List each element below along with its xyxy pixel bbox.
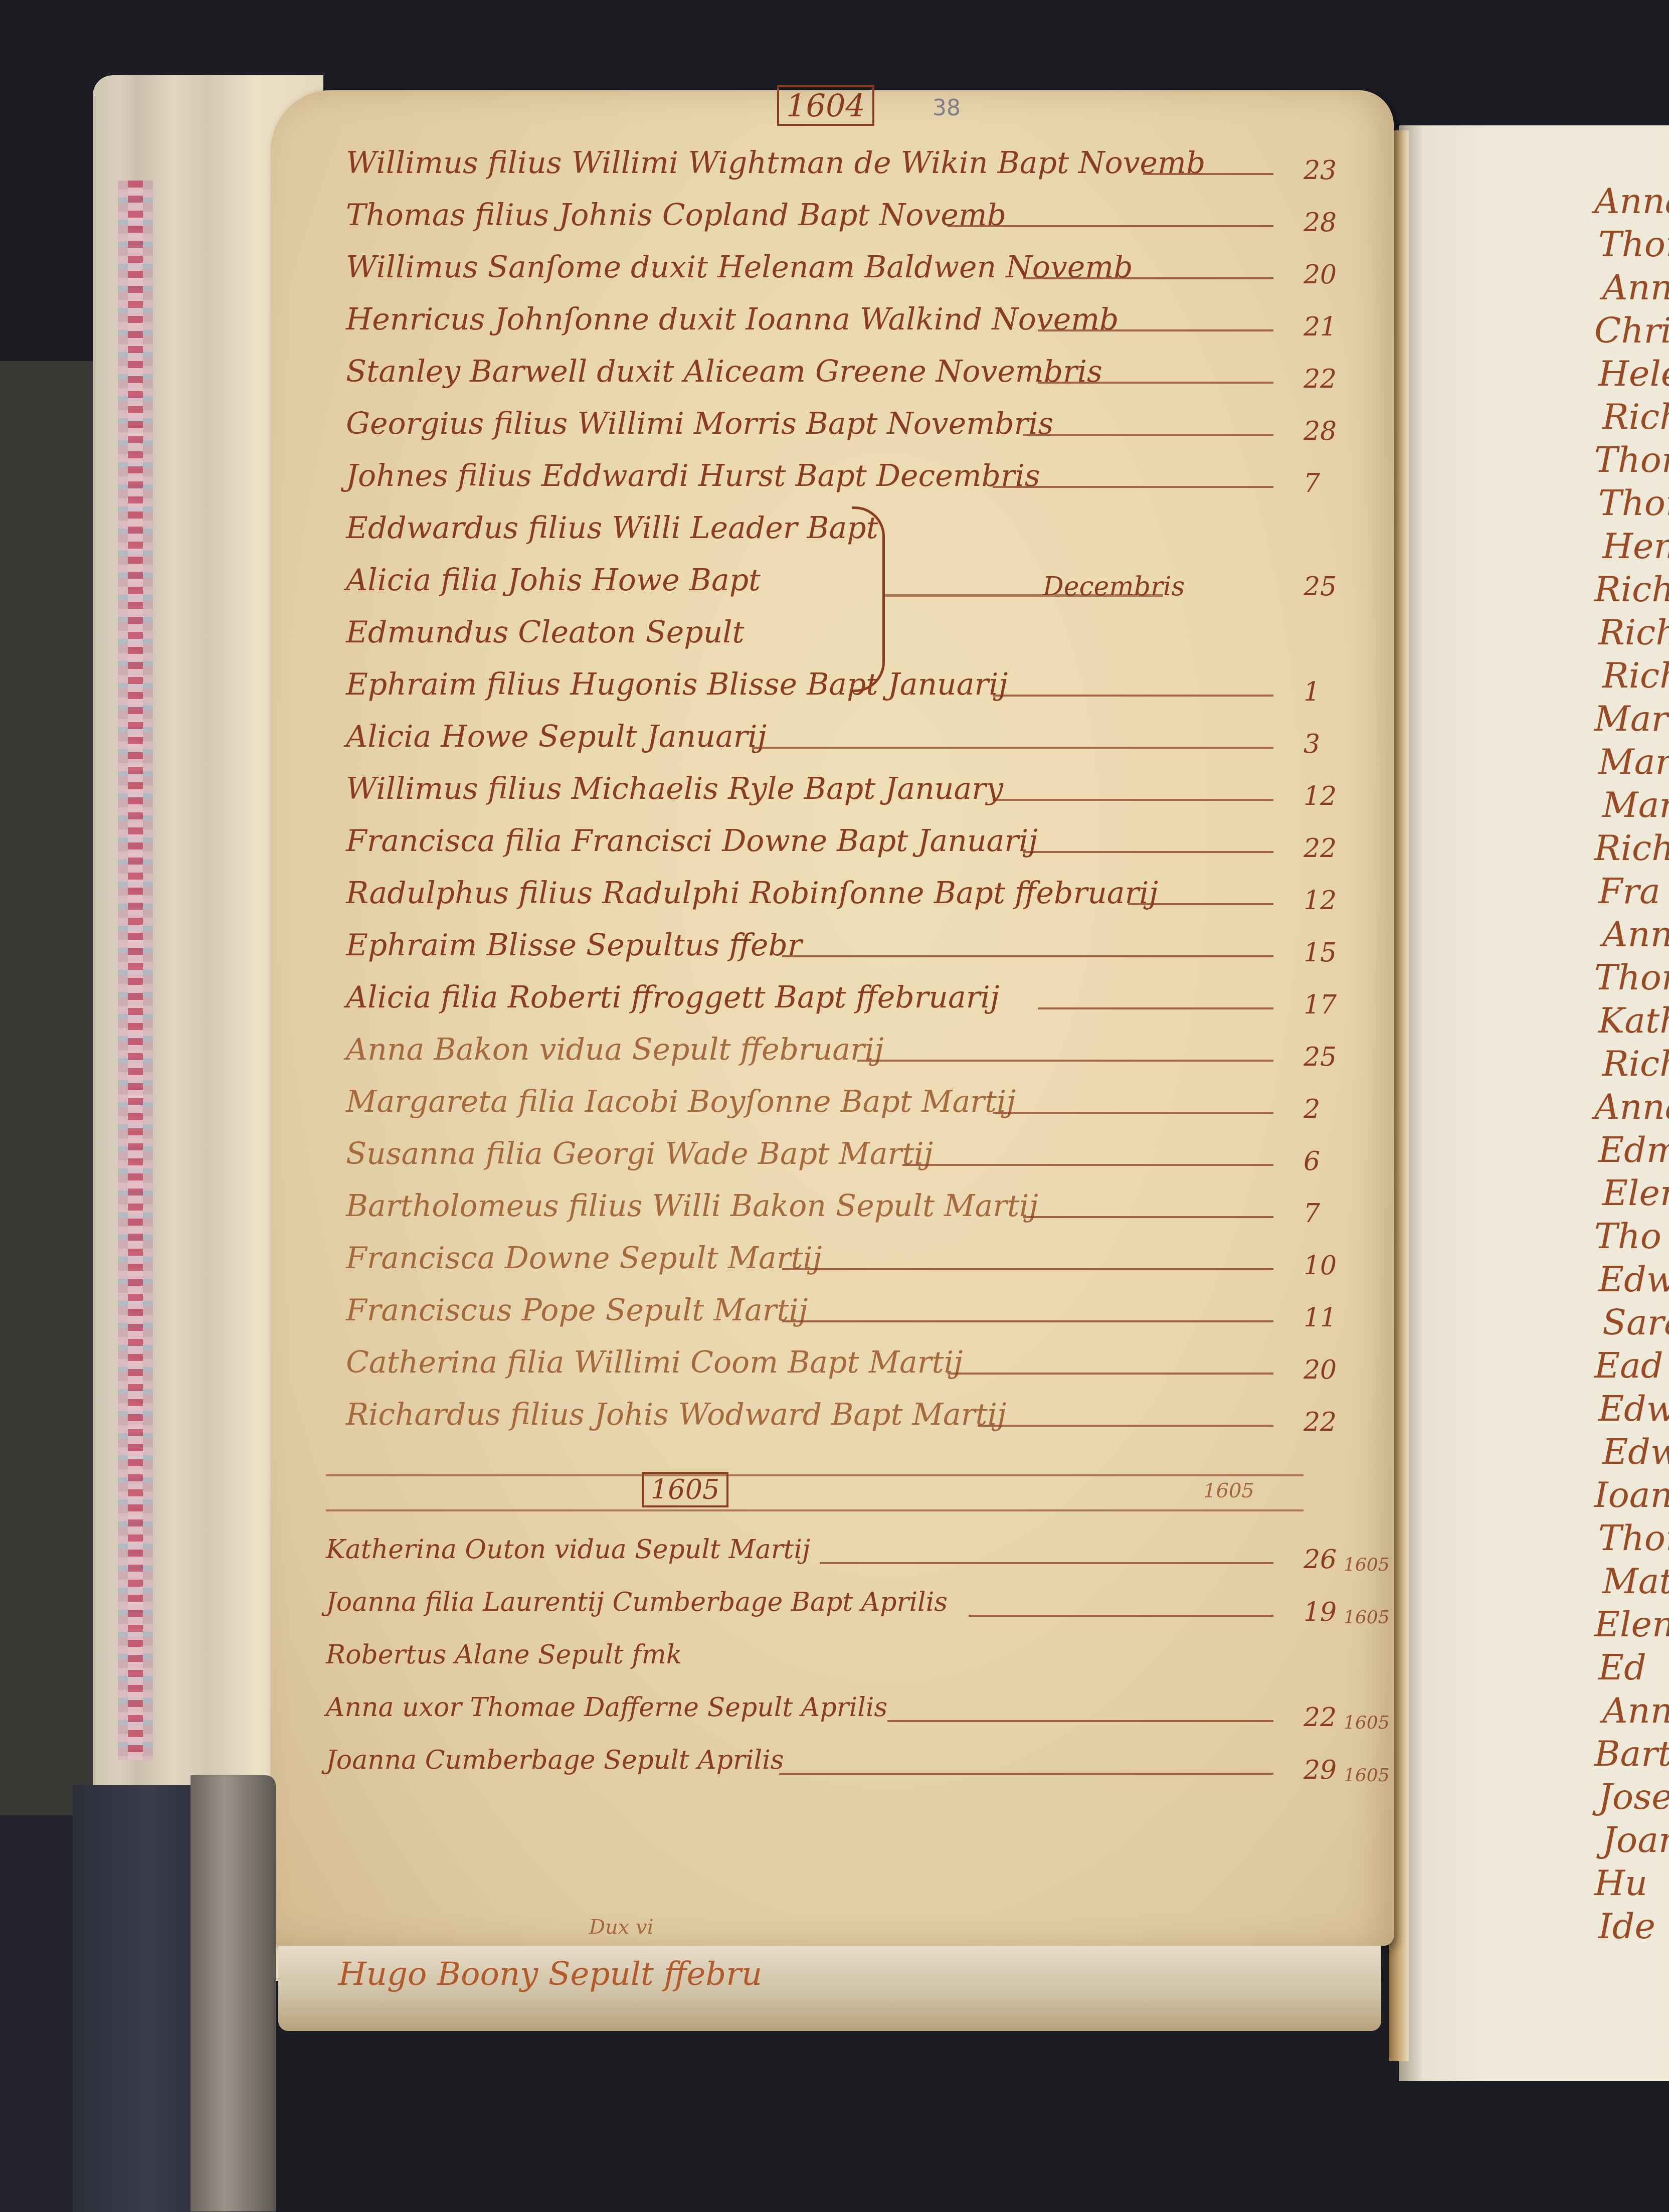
entry-text: Franciscus Pope Sepult Martij	[346, 1293, 808, 1328]
entry-text: Stanley Barwell duxit Aliceam Greene Nov…	[346, 354, 1102, 389]
facing-page-text: AnnaThomaAnna filChrifHelenRicharThomaTh…	[1404, 125, 1669, 2081]
entry-text: Ephraim filius Hugonis Blisse Bapt Janua…	[346, 667, 1008, 702]
leader-line	[782, 1268, 1273, 1270]
facing-entry: Kathe	[1598, 1000, 1669, 1041]
folio-number: 38	[933, 95, 961, 121]
facing-entry: Elen	[1594, 1604, 1669, 1645]
entry-day: 15	[1304, 938, 1337, 968]
facing-entry: Richa	[1594, 569, 1669, 610]
entry-day: 28	[1304, 416, 1337, 446]
entry-day: 21	[1304, 312, 1337, 342]
register-entry: Willimus filius Michaelis Ryle Bapt Janu…	[271, 771, 1394, 816]
entry-day: 10	[1304, 1251, 1337, 1281]
entry-text: Joanna filia Laurentij Cumberbage Bapt A…	[326, 1587, 948, 1617]
leader-line	[752, 747, 1273, 749]
leader-line	[887, 1720, 1273, 1722]
entry-day: 12	[1304, 781, 1337, 811]
bracket-day: 25	[1304, 572, 1337, 602]
grouping-bracket	[852, 506, 885, 692]
register-entry: Franciscus Pope Sepult Martij11	[271, 1293, 1394, 1338]
leader-line	[857, 1060, 1273, 1062]
register-entry: Thomas filius Johnis Copland Bapt Novemb…	[271, 198, 1394, 243]
facing-entry: Ide	[1598, 1906, 1655, 1947]
facing-entry: Anna	[1594, 181, 1669, 222]
margin-year: 1605	[1344, 1713, 1390, 1733]
register-entry: Robertus Alane Sepult fmk	[271, 1640, 1394, 1685]
leader-line	[1023, 277, 1273, 279]
register-entry: Eddwardus filius Willi Leader Bapt	[271, 511, 1394, 556]
register-entry: Katherina Outon vidua Sepult Martij26160…	[271, 1535, 1394, 1580]
entry-text: Alicia filia Johis Howe Bapt	[346, 563, 761, 598]
entry-text: Thomas filius Johnis Copland Bapt Novemb	[346, 198, 1006, 233]
register-entry: Alicia filia Roberti ffroggett Bapt ffeb…	[271, 980, 1394, 1025]
facing-entry: Mar	[1602, 784, 1669, 825]
facing-entry: Richa	[1598, 612, 1669, 653]
leader-line	[978, 1425, 1273, 1427]
leader-line	[1038, 1007, 1273, 1009]
facing-entry: Josep	[1598, 1776, 1669, 1817]
entry-day: 20	[1304, 260, 1337, 290]
facing-entry: Anna fil	[1602, 267, 1669, 308]
facing-entry: Sara	[1602, 1302, 1669, 1343]
facing-entry: Elen	[1602, 1172, 1669, 1214]
entry-text: Joanna Cumberbage Sepult Aprilis	[326, 1745, 784, 1775]
leader-line	[902, 1164, 1273, 1166]
register-entry: Alicia filia Johis Howe Bapt	[271, 563, 1394, 608]
facing-entry: Richa	[1594, 827, 1669, 869]
register-entry: Francisca filia Francisci Downe Bapt Jan…	[271, 823, 1394, 869]
entry-day: 2	[1304, 1094, 1320, 1124]
facing-entry: Joan	[1602, 1819, 1669, 1860]
register-entry: Anna uxor Thomae Dafferne Sepult Aprilis…	[271, 1692, 1394, 1738]
facing-entry: Anna	[1594, 1086, 1669, 1127]
page-lower-edge: Dux vi Hugo Boony Sepult ffebru	[278, 1946, 1381, 2031]
register-entry: Joanna Cumberbage Sepult Aprilis291605	[271, 1745, 1394, 1790]
facing-entry: Bart	[1594, 1733, 1669, 1774]
facing-entry: Thoma	[1598, 224, 1669, 265]
entry-text: Georgius filius Willimi Morris Bapt Nove…	[346, 406, 1053, 441]
entry-day: 22	[1304, 833, 1337, 864]
section-divider-bottom	[326, 1509, 1304, 1511]
entry-day: 1	[1304, 677, 1320, 707]
register-entry: Richardus filius Johis Wodward Bapt Mart…	[271, 1397, 1394, 1442]
leader-line	[948, 1373, 1273, 1375]
leader-line	[1038, 329, 1273, 331]
margin-flourish-year: 1605	[1203, 1479, 1254, 1502]
bracket-month: Decembris	[1043, 572, 1185, 602]
register-entry: Willimus Sanſome duxit Helenam Baldwen N…	[271, 250, 1394, 295]
entry-day: 19	[1304, 1597, 1337, 1627]
entry-day: 17	[1304, 990, 1337, 1020]
facing-entry: Chrif	[1594, 310, 1669, 351]
entry-text: Ephraim Blisse Sepultus ffebr	[346, 928, 802, 963]
register-entry: Susanna filia Georgi Wade Bapt Martij6	[271, 1136, 1394, 1181]
leader-line	[1023, 1216, 1273, 1218]
entry-day: 20	[1304, 1355, 1337, 1385]
leader-line	[820, 1562, 1273, 1564]
register-entry: Anna Bakon vidua Sepult ffebruarij25	[271, 1032, 1394, 1077]
footer-entry: Hugo Boony Sepult ffebru	[338, 1956, 762, 1993]
leader-line	[1143, 173, 1273, 175]
entry-text: Edmundus Cleaton Sepult	[346, 615, 745, 650]
register-entry: Edmundus Cleaton Sepult	[271, 615, 1394, 660]
facing-entry: Mat	[1602, 1561, 1669, 1602]
facing-entry: Ead	[1594, 1345, 1663, 1386]
entry-text: Richardus filius Johis Wodward Bapt Mart…	[346, 1397, 1006, 1432]
entry-day: 12	[1304, 886, 1337, 916]
entry-text: Katherina Outon vidua Sepult Martij	[326, 1535, 810, 1565]
register-entry: Henricus Johnſonne duxit Ioanna Walkind …	[271, 302, 1394, 347]
register-entry: Ephraim filius Hugonis Blisse Bapt Janua…	[271, 667, 1394, 712]
entry-text: Anna Bakon vidua Sepult ffebruarij	[346, 1032, 884, 1067]
entry-text: Willimus filius Willimi Wightman de Wiki…	[346, 145, 1205, 181]
leader-line	[993, 799, 1273, 801]
entry-text: Willimus filius Michaelis Ryle Bapt Janu…	[346, 771, 1003, 806]
entry-text: Robertus Alane Sepult fmk	[326, 1640, 682, 1670]
leader-line	[993, 1112, 1273, 1114]
margin-year: 1605	[1344, 1607, 1390, 1628]
facing-entry: Thom	[1598, 1517, 1669, 1559]
metal-book-clip	[191, 1775, 276, 2211]
facing-entry: Anna	[1602, 1690, 1669, 1731]
facing-entry: Edm	[1598, 1129, 1669, 1170]
year-heading-1605: 1605	[642, 1472, 728, 1507]
entry-text: Radulphus filius Radulphi Robinſonne Bap…	[346, 876, 1158, 911]
foam-support	[0, 361, 100, 1865]
entry-day: 29	[1304, 1755, 1337, 1785]
facing-entry: Richar	[1602, 396, 1669, 437]
register-entry: Bartholomeus filius Willi Bakon Sepult M…	[271, 1188, 1394, 1234]
facing-entry: Mar	[1598, 741, 1669, 782]
facing-entry: Thom	[1594, 957, 1669, 998]
register-entry: Georgius filius Willimi Morris Bapt Nove…	[271, 406, 1394, 451]
margin-year: 1605	[1344, 1555, 1390, 1575]
facing-entry: Edw	[1598, 1388, 1669, 1429]
entry-day: 11	[1304, 1303, 1337, 1333]
leader-line	[779, 1773, 1273, 1775]
entry-day: 28	[1304, 208, 1337, 238]
register-entry: Catherina filia Willimi Coom Bapt Martij…	[271, 1345, 1394, 1390]
register-entry: Johnes filius Eddwardi Hurst Bapt Decemb…	[271, 458, 1394, 503]
register-entry: Stanley Barwell duxit Aliceam Greene Nov…	[271, 354, 1394, 399]
entry-text: Francisca filia Francisci Downe Bapt Jan…	[346, 823, 1038, 859]
register-entry: Ephraim Blisse Sepultus ffebr15	[271, 928, 1394, 973]
leader-line	[1023, 434, 1273, 436]
facing-entry: Rich	[1602, 1043, 1669, 1084]
register-entry: Margareta filia Iacobi Boyſonne Bapt Mar…	[271, 1084, 1394, 1129]
facing-entry: Thoma	[1594, 439, 1669, 480]
entry-day: 6	[1304, 1146, 1320, 1176]
leader-line	[1038, 382, 1273, 384]
leader-line	[782, 955, 1273, 957]
entry-day: 7	[1304, 1199, 1320, 1229]
entry-text: Margareta filia Iacobi Boyſonne Bapt Mar…	[346, 1084, 1016, 1119]
entry-day: 26	[1304, 1545, 1337, 1575]
entry-text: Alicia Howe Sepult Januarij	[346, 719, 767, 754]
margin-year: 1605	[1344, 1765, 1390, 1786]
entry-day: 22	[1304, 364, 1337, 394]
entry-day: 22	[1304, 1407, 1337, 1437]
register-entry: Francisca Downe Sepult Martij10	[271, 1241, 1394, 1286]
facing-entry: Henr	[1602, 526, 1669, 567]
entry-day: 3	[1304, 729, 1320, 759]
section-divider-top	[326, 1474, 1304, 1476]
entry-day: 22	[1304, 1703, 1337, 1733]
facing-entry: Margar	[1594, 698, 1669, 739]
register-page: 1604 38 Willimus filius Willimi Wightman…	[271, 90, 1394, 1946]
entry-text: Anna uxor Thomae Dafferne Sepult Aprilis	[326, 1692, 887, 1723]
register-entry: Willimus filius Willimi Wightman de Wiki…	[271, 145, 1394, 191]
leader-line	[948, 225, 1273, 227]
footer-note: Dux vi	[589, 1916, 654, 1939]
entry-text: Bartholomeus filius Willi Bakon Sepult M…	[346, 1188, 1038, 1224]
facing-entry: Fra	[1598, 871, 1660, 912]
facing-entry: Edw	[1602, 1431, 1669, 1472]
entry-day: 23	[1304, 155, 1337, 186]
entry-text: Catherina filia Willimi Coom Bapt Martij	[346, 1345, 963, 1380]
register-entry: Joanna filia Laurentij Cumberbage Bapt A…	[271, 1587, 1394, 1632]
leader-line	[993, 695, 1273, 697]
leader-line	[1128, 903, 1273, 905]
entry-text: Eddwardus filius Willi Leader Bapt	[346, 511, 878, 546]
entry-text: Henricus Johnſonne duxit Ioanna Walkind …	[346, 302, 1119, 337]
register-entry: Alicia Howe Sepult Januarij3	[271, 719, 1394, 764]
year-heading-1604: 1604	[777, 85, 874, 126]
facing-entry: Hu	[1594, 1862, 1647, 1904]
leader-line	[993, 486, 1273, 488]
facing-entry: Tho	[1594, 1216, 1661, 1257]
entry-text: Johnes filius Eddwardi Hurst Bapt Decemb…	[346, 458, 1040, 493]
facing-entry: Richa	[1602, 655, 1669, 696]
leader-line	[1023, 851, 1273, 853]
entry-day: 25	[1304, 1042, 1337, 1072]
facing-entry: Anna	[1602, 914, 1669, 955]
register-entry: Radulphus filius Radulphi Robinſonne Bap…	[271, 876, 1394, 921]
page-edge-red-sprinkle	[128, 181, 143, 1760]
leader-line	[969, 1615, 1273, 1617]
facing-entry: Edw	[1598, 1259, 1669, 1300]
facing-entry: Thom	[1598, 482, 1669, 524]
facing-entry: Ioan	[1594, 1474, 1669, 1515]
entry-text: Susanna filia Georgi Wade Bapt Martij	[346, 1136, 933, 1171]
facing-entry: Helen	[1598, 353, 1669, 394]
facing-entry: Ed	[1598, 1647, 1646, 1688]
entry-day: 7	[1304, 468, 1320, 498]
entry-text: Alicia filia Roberti ffroggett Bapt ffeb…	[346, 980, 999, 1015]
leader-line	[782, 1320, 1273, 1322]
entry-text: Francisca Downe Sepult Martij	[346, 1241, 822, 1276]
entry-text: Willimus Sanſome duxit Helenam Baldwen N…	[346, 250, 1133, 285]
